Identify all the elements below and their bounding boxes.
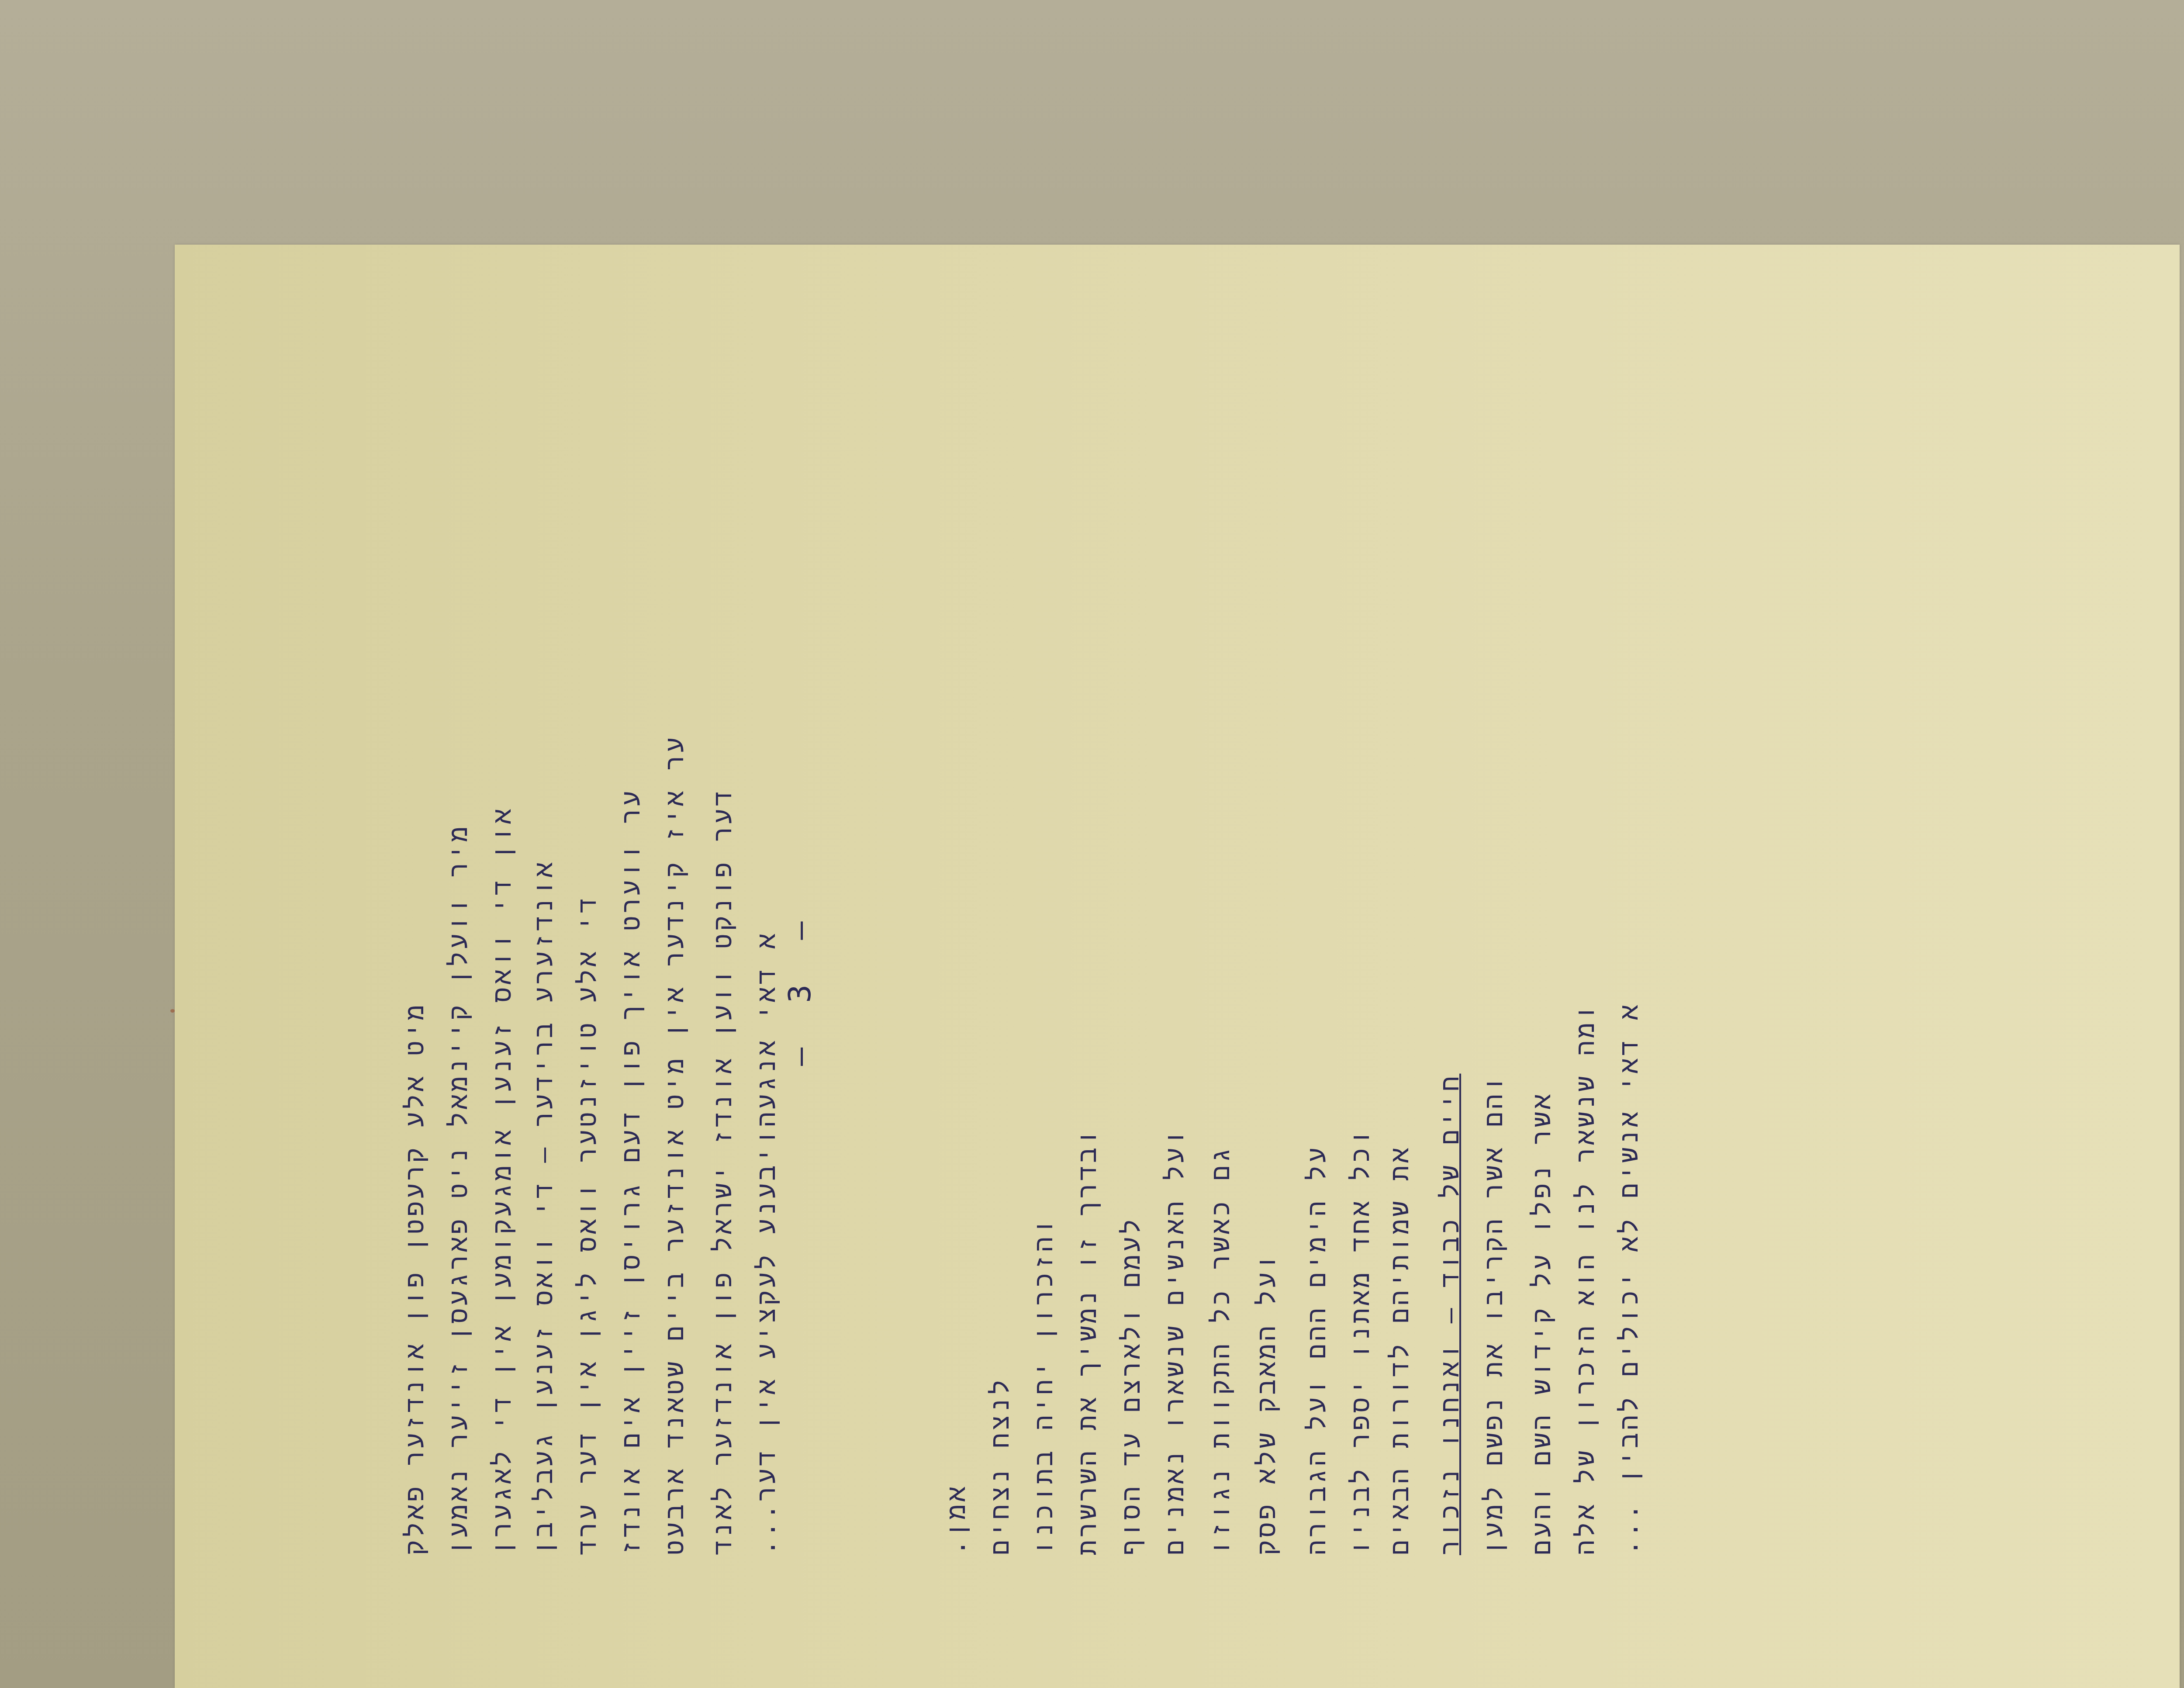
- typed-line: וכל אחד מאתנו יספר לבניו: [1348, 1127, 1373, 1555]
- typed-line: ער איז קינדער אין מיט אונדזער ביים שטאנד…: [662, 735, 687, 1555]
- typed-line: דער פונקט ווען אונדז ישראל פון אונדזער ל…: [710, 789, 735, 1555]
- typed-line: די אלע טויזנטער וואס ליגן אין דער ערד: [574, 895, 600, 1555]
- page-number: — 3 —: [782, 908, 818, 1066]
- typed-line: לנצח נצחים: [987, 1377, 1013, 1555]
- paper-fleck: [170, 1009, 175, 1013]
- typed-line: מיר וועלן קיינמאל ניט פארגעסן זייער נאמע…: [446, 824, 471, 1555]
- typed-line: את שמותיהם לדורות הבאים: [1387, 1145, 1412, 1555]
- typed-line: א דאי אנגעהויבענע לעקציע אין דער...: [753, 931, 779, 1555]
- typed-line: א דאי אנשים לא יכולים להבין ...: [1616, 1002, 1641, 1555]
- typed-line: חיים של כבוד — ואנחנו נזכור: [1437, 1074, 1462, 1555]
- typed-line: על הימים ההם ועל הגבורה: [1304, 1145, 1329, 1555]
- typed-line: והזכרון יחיה בתוכנו: [1031, 1216, 1056, 1555]
- typed-line: ובדרך זו נמשיך את השרשרת: [1075, 1127, 1100, 1555]
- typed-line: אונדזערע ברידער — די וואס זענען געבליבן: [531, 860, 556, 1555]
- typed-line: והם אשר הקריבו את נפשם למען: [1481, 1074, 1506, 1555]
- typed-line: אשר נפלו על קידוש השם והעם: [1529, 1091, 1554, 1555]
- typed-line: ועל המאבק שלא פסק: [1254, 1252, 1279, 1555]
- typed-line: מיט אלע קרעפטן פון אונדזער פאלק: [402, 1002, 427, 1555]
- typed-line: אמן.: [943, 1484, 969, 1555]
- typed-line: ער ווערט אויך פון דעם גרויסן זיין אים או…: [618, 788, 643, 1555]
- typed-line: ועל האנשים שנשארו נאמנים: [1162, 1127, 1187, 1555]
- typed-line: גם כאשר כל התקוות נגוזו: [1208, 1145, 1233, 1555]
- typed-line: לעמם ולארצם עד הסוף: [1118, 1216, 1144, 1555]
- typed-line: און די וואס זענען אומגעקומען אין די לאגע…: [489, 806, 515, 1555]
- typed-line: ומה שנשאר לנו הוא הזכרון של אלה: [1572, 1002, 1598, 1555]
